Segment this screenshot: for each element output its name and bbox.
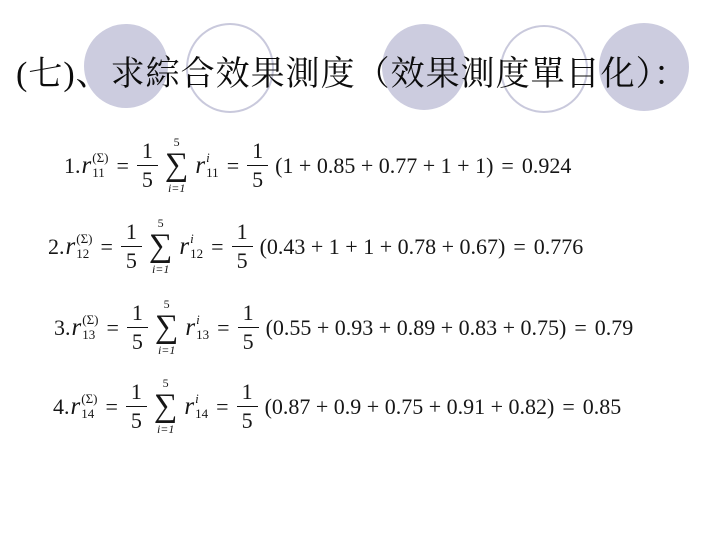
equals-sign: = (501, 153, 513, 179)
summation-glyph: ∑ (155, 311, 179, 344)
fraction-numerator: 1 (137, 138, 158, 166)
superscript-i: i (195, 392, 199, 407)
summation-glyph: ∑ (165, 149, 189, 182)
result-value: 0.85 (583, 394, 622, 420)
variable-r: r (185, 314, 195, 342)
subscript-index: 12 (76, 247, 89, 262)
equals-sign: = (217, 315, 229, 341)
superscript-sigma: (Σ) (76, 232, 92, 247)
fraction-one-fifth: 1 5 (247, 138, 268, 194)
fraction-denominator: 5 (238, 328, 259, 355)
summation-lower-limit: i=1 (157, 423, 174, 436)
fraction-one-fifth: 1 5 (232, 219, 253, 275)
fraction-one-fifth: 1 5 (121, 219, 142, 275)
variable-r: r (72, 314, 82, 342)
fraction-numerator: 1 (238, 300, 259, 328)
variable-r: r (184, 393, 194, 421)
equation-index: 1. (64, 153, 81, 179)
summation-glyph: ∑ (154, 390, 178, 423)
fraction-denominator: 5 (237, 407, 258, 434)
variable-scripts: i 14 (195, 392, 208, 422)
summation: 5 ∑ i=1 (154, 377, 178, 436)
fraction-one-fifth: 1 5 (126, 379, 147, 435)
fraction-numerator: 1 (127, 300, 148, 328)
result-value: 0.79 (595, 315, 634, 341)
summation: 5 ∑ i=1 (149, 217, 173, 276)
term-variable: r i 13 (185, 313, 209, 343)
summation-glyph: ∑ (149, 230, 173, 263)
fraction-numerator: 1 (237, 379, 258, 407)
equation-2: 2. r (Σ) 12 = 1 5 5 ∑ i=1 r i 12 = 1 (48, 217, 583, 276)
variable-r: r (179, 233, 189, 261)
subscript-index: 11 (206, 166, 219, 181)
lhs-variable: r (Σ) 12 (66, 232, 93, 262)
fraction-one-fifth: 1 5 (127, 300, 148, 356)
slide: (七)、求綜合效果測度（效果測度單目化）： 1. r (Σ) 11 = 1 5 … (0, 0, 720, 540)
subscript-index: 13 (196, 328, 209, 343)
superscript-i: i (190, 232, 194, 247)
subscript-index: 13 (82, 328, 95, 343)
fraction-denominator: 5 (137, 166, 158, 193)
term-variable: r i 12 (179, 232, 203, 262)
fraction-denominator: 5 (121, 247, 142, 274)
fraction-one-fifth: 1 5 (238, 300, 259, 356)
variable-scripts: (Σ) 13 (82, 313, 98, 343)
expansion-terms: (0.87 + 0.9 + 0.75 + 0.91 + 0.82) (265, 394, 555, 420)
summation-lower-limit: i=1 (168, 182, 185, 195)
variable-scripts: i 12 (190, 232, 203, 262)
lhs-variable: r (Σ) 13 (72, 313, 99, 343)
term-variable: r i 14 (184, 392, 208, 422)
expansion-terms: (0.43 + 1 + 1 + 0.78 + 0.67) (260, 234, 506, 260)
fraction-one-fifth: 1 5 (137, 138, 158, 194)
subscript-index: 11 (92, 166, 105, 181)
equation-index: 2. (48, 234, 65, 260)
lhs-variable: r (Σ) 11 (82, 151, 109, 181)
superscript-sigma: (Σ) (92, 151, 108, 166)
equals-sign: = (513, 234, 525, 260)
slide-title: (七)、求綜合效果測度（效果測度單目化）： (16, 46, 689, 95)
variable-r: r (66, 233, 76, 261)
fraction-numerator: 1 (247, 138, 268, 166)
expansion-terms: (0.55 + 0.93 + 0.89 + 0.83 + 0.75) (266, 315, 567, 341)
equals-sign: = (216, 394, 228, 420)
variable-r: r (195, 152, 205, 180)
fraction-denominator: 5 (127, 328, 148, 355)
variable-scripts: (Σ) 14 (81, 392, 97, 422)
summation: 5 ∑ i=1 (165, 136, 189, 195)
fraction-denominator: 5 (126, 407, 147, 434)
equals-sign: = (562, 394, 574, 420)
fraction-one-fifth: 1 5 (237, 379, 258, 435)
lhs-variable: r (Σ) 14 (71, 392, 98, 422)
equals-sign: = (227, 153, 239, 179)
summation-lower-limit: i=1 (152, 263, 169, 276)
variable-scripts: i 13 (196, 313, 209, 343)
variable-scripts: (Σ) 11 (92, 151, 108, 181)
superscript-i: i (196, 313, 200, 328)
equals-sign: = (574, 315, 586, 341)
equation-4: 4. r (Σ) 14 = 1 5 5 ∑ i=1 r i 14 = 1 (53, 377, 621, 436)
equals-sign: = (211, 234, 223, 260)
summation-lower-limit: i=1 (158, 344, 175, 357)
variable-r: r (71, 393, 81, 421)
fraction-denominator: 5 (247, 166, 268, 193)
fraction-numerator: 1 (126, 379, 147, 407)
result-value: 0.776 (534, 234, 584, 260)
fraction-denominator: 5 (232, 247, 253, 274)
fraction-numerator: 1 (232, 219, 253, 247)
summation: 5 ∑ i=1 (155, 298, 179, 357)
subscript-index: 14 (81, 407, 94, 422)
equation-3: 3. r (Σ) 13 = 1 5 5 ∑ i=1 r i 13 = 1 (54, 298, 633, 357)
variable-r: r (82, 152, 92, 180)
result-value: 0.924 (522, 153, 572, 179)
equals-sign: = (116, 153, 128, 179)
superscript-i: i (206, 151, 210, 166)
expansion-terms: (1 + 0.85 + 0.77 + 1 + 1) (275, 153, 493, 179)
subscript-index: 12 (190, 247, 203, 262)
superscript-sigma: (Σ) (82, 313, 98, 328)
subscript-index: 14 (195, 407, 208, 422)
equation-index: 4. (53, 394, 70, 420)
equation-index: 3. (54, 315, 71, 341)
variable-scripts: (Σ) 12 (76, 232, 92, 262)
equals-sign: = (105, 394, 117, 420)
equals-sign: = (106, 315, 118, 341)
fraction-numerator: 1 (121, 219, 142, 247)
variable-scripts: i 11 (206, 151, 219, 181)
equation-1: 1. r (Σ) 11 = 1 5 5 ∑ i=1 r i 11 = 1 (64, 136, 571, 195)
superscript-sigma: (Σ) (81, 392, 97, 407)
equals-sign: = (100, 234, 112, 260)
term-variable: r i 11 (195, 151, 218, 181)
